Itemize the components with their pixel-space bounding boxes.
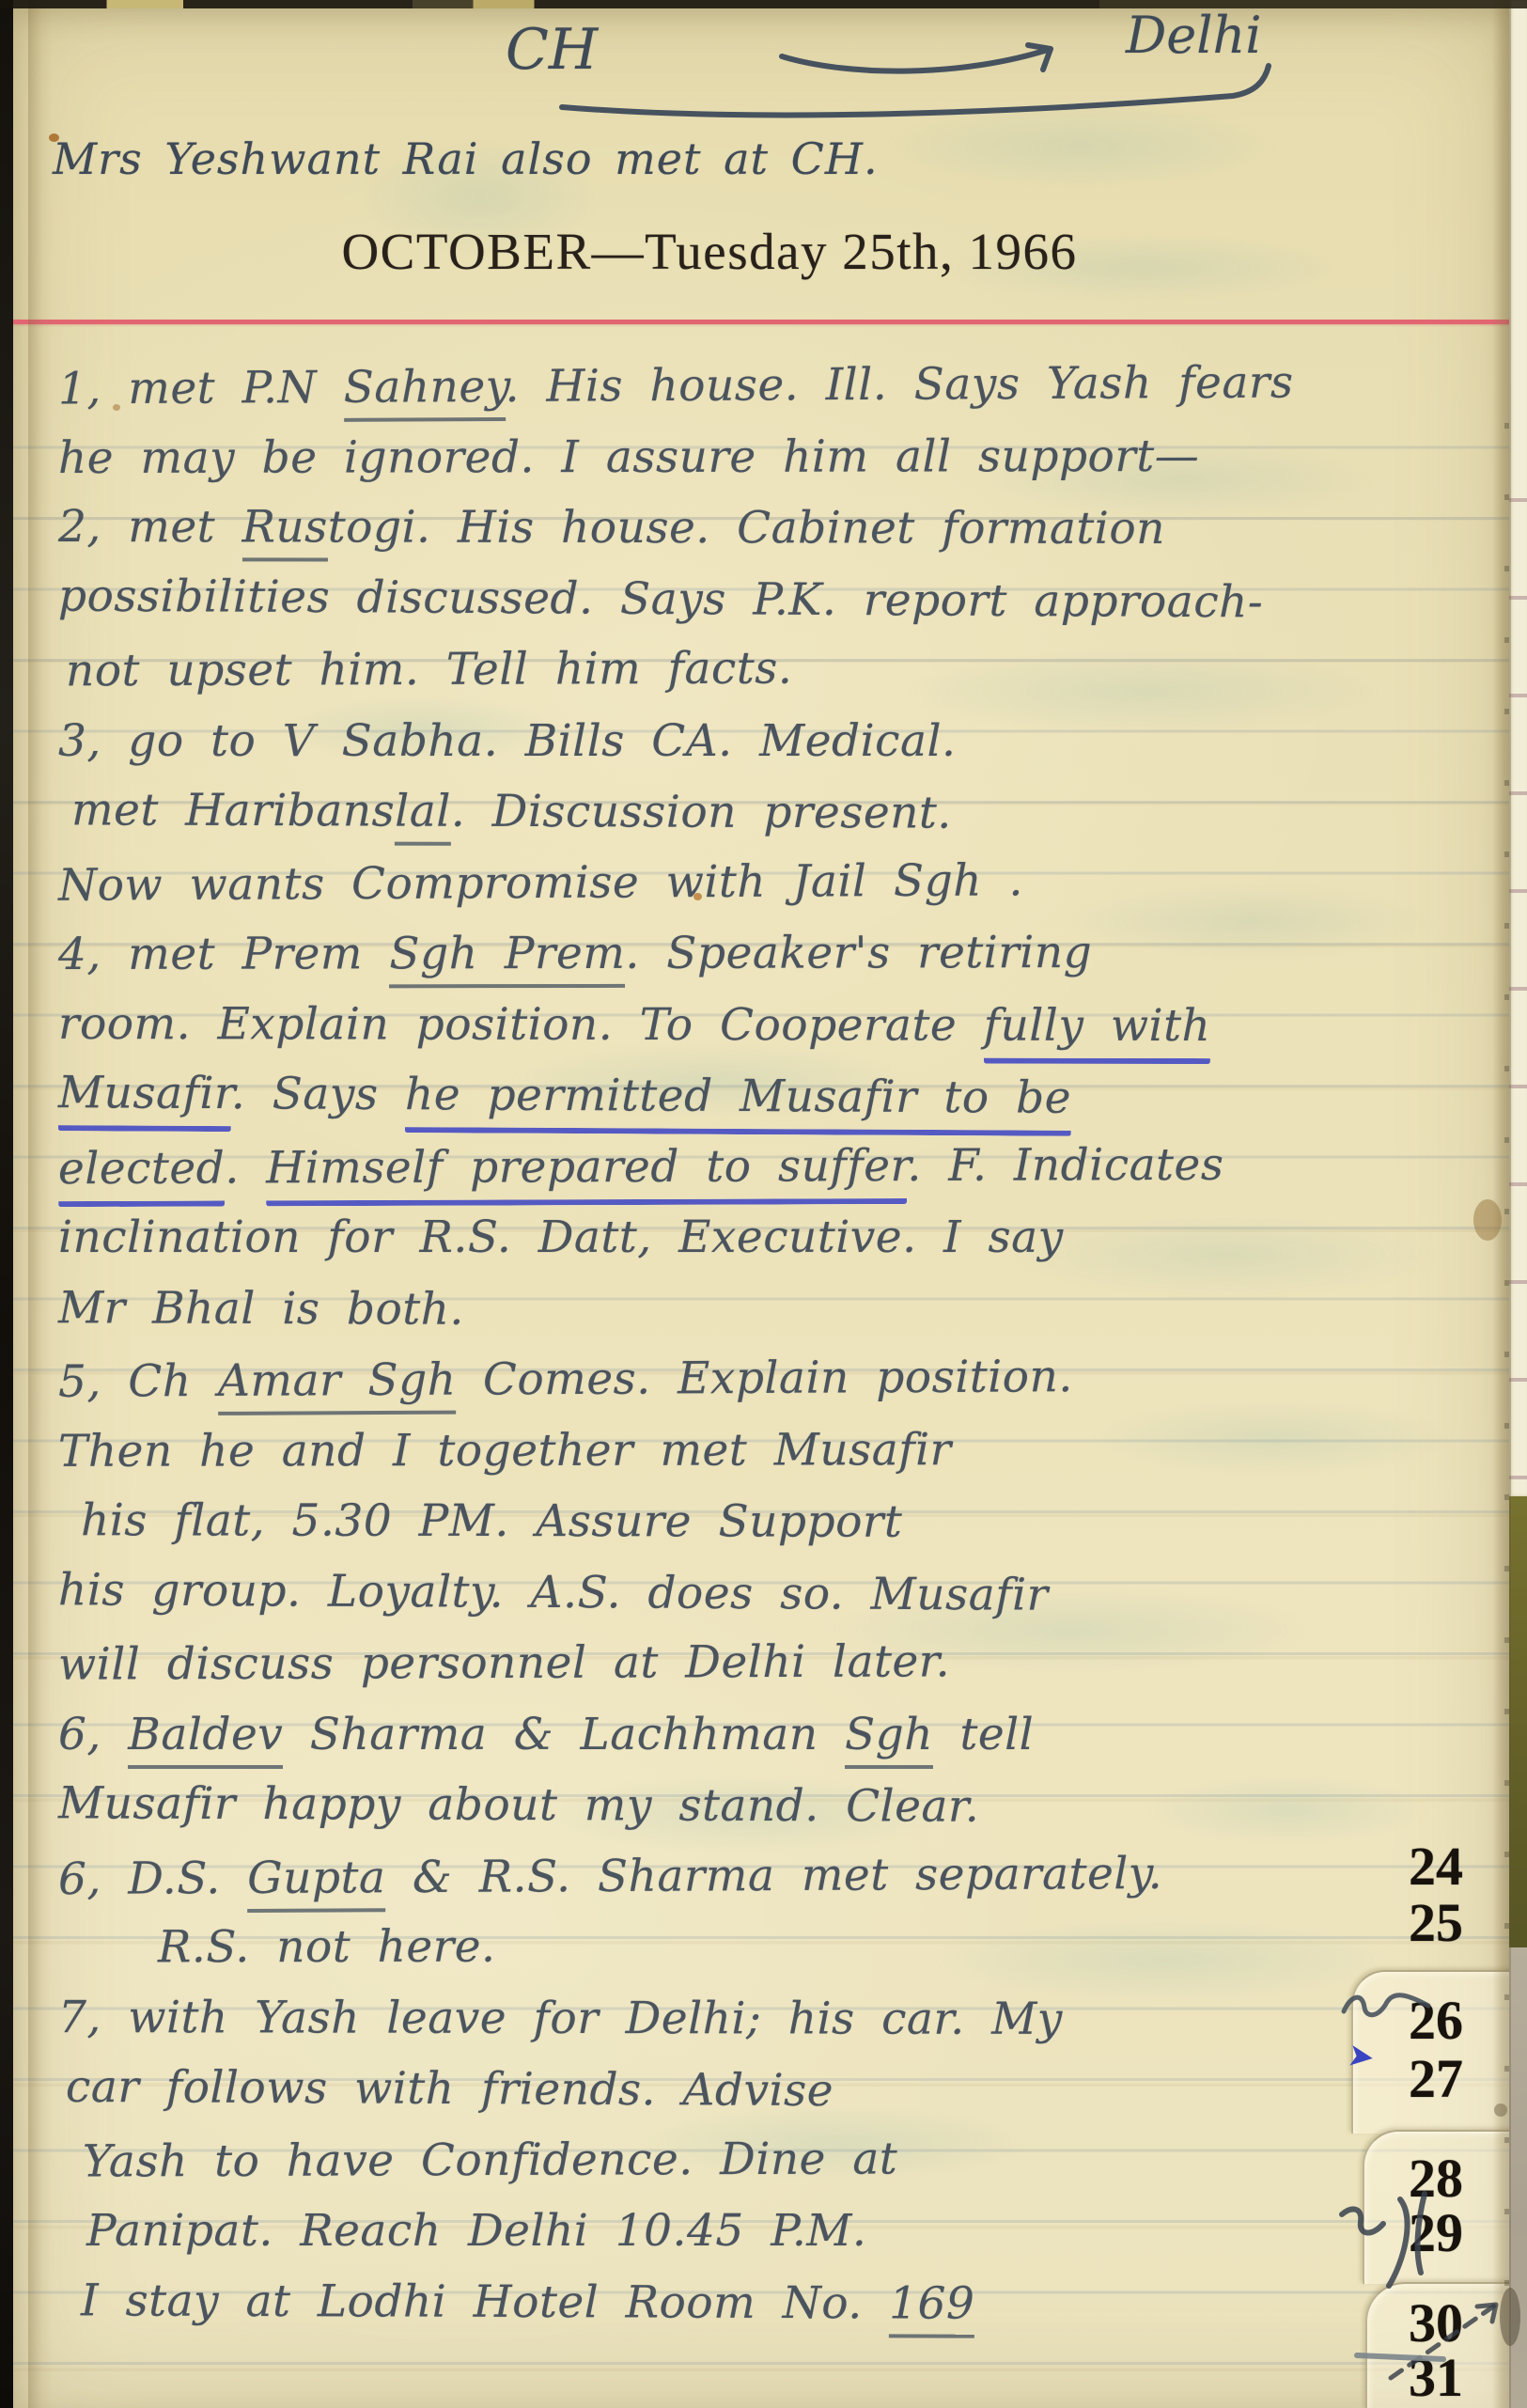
date-tab-30: 30: [1404, 2291, 1468, 2354]
diary-entry-line: 5, Ch Amar Sgh Comes. Explain position.: [58, 1351, 1073, 1408]
entry-text: not upset him. Tell him facts.: [66, 643, 792, 697]
entry-text: inclination for R.S. Datt, Executive. I …: [58, 1212, 1064, 1263]
underlined-word: Gupta: [247, 1852, 386, 1913]
diary-entry-line: R.S. not here.: [158, 1921, 496, 1974]
entry-text: .: [225, 1142, 266, 1194]
entry-text: Yash to have Confidence. Dine at: [83, 2133, 897, 2187]
page-stack-edge: [1509, 1947, 1527, 2408]
diary-entry-line: Panipat. Reach Delhi 10.45 P.M.: [86, 2205, 866, 2257]
entry-text: Comes. Explain position.: [456, 1351, 1073, 1405]
underlined-word: he permitted Musafir to be: [405, 1069, 1071, 1136]
entry-text: R.S. not here.: [158, 1921, 496, 1974]
left-page-crease: [28, 0, 53, 2408]
entry-text: 3, go to V Sabha. Bills CA. Medical.: [58, 715, 956, 767]
underlined-word: lal: [395, 786, 451, 846]
entry-text: 2, met: [58, 501, 242, 553]
diary-entry-line: 6, D.S. Gupta & R.S. Sharma met separate…: [58, 1847, 1162, 1904]
diary-entry-line: Then he and I together met Musafir: [58, 1424, 952, 1478]
entry-text: his group. Loyalty. A.S. does so. Musafi…: [58, 1564, 1049, 1621]
diary-entry-line: 6, Baldev Sharma & Lachhman Sgh tell: [58, 1709, 1034, 1760]
entry-text: . Speaker's retiring: [625, 927, 1092, 979]
entry-text: . His house. Ill. Says Yash fears: [505, 357, 1293, 413]
diary-entry-line: Musafir. Says he permitted Musafir to be: [58, 1067, 1071, 1124]
entry-text: car follows with friends. Advise: [66, 2061, 834, 2117]
diary-entry-line: Mr Bhal is both.: [58, 1282, 464, 1336]
top-book-edge: [0, 0, 1527, 8]
entry-text: Mr Bhal is both.: [58, 1282, 464, 1336]
date-tab-24: 24: [1404, 1835, 1468, 1898]
entry-text: & R.S. Sharma met separately.: [385, 1847, 1162, 1902]
diary-entry-line: 3, go to V Sabha. Bills CA. Medical.: [58, 715, 956, 767]
diary-entry-line: I stay at Lodhi Hotel Room No. 169: [81, 2275, 975, 2329]
entry-text: . Says: [231, 1068, 406, 1120]
underlined-word: fully with: [984, 999, 1211, 1063]
entry-text: Then he and I together met Musafir: [58, 1424, 952, 1478]
underlined-word: Sahney: [343, 361, 505, 422]
entry-text: . Discussion present.: [451, 786, 952, 839]
diary-entry-line: he may be ignored. I assure him all supp…: [58, 430, 1199, 483]
entry-text: 7, with Yash leave for Delhi; his car. M…: [58, 1992, 1063, 2045]
diary-entry-line: met Haribanslal. Discussion present.: [71, 784, 952, 838]
route-to-label: Delhi: [1126, 6, 1262, 65]
entry-text: . F. Indicates: [907, 1138, 1223, 1191]
entry-text: I stay at Lodhi Hotel Room No.: [81, 2275, 889, 2329]
entry-text: will discuss personnel at Delhi later.: [58, 1635, 950, 1690]
diary-entry-line: will discuss personnel at Delhi later.: [58, 1635, 950, 1690]
diary-entry-line: elected. Himself prepared to suffer. F. …: [58, 1138, 1224, 1194]
entry-text: Panipat. Reach Delhi 10.45 P.M.: [86, 2205, 866, 2257]
entry-text: Sharma & Lachhman: [283, 1709, 845, 1760]
underlined-word: Himself prepared to suffer: [266, 1140, 907, 1206]
date-tab-31: 31: [1404, 2346, 1468, 2408]
margin-note: Mrs Yeshwant Rai also met at CH.: [53, 133, 879, 184]
entry-text: met Haribans: [71, 784, 395, 837]
diary-entry-line: inclination for R.S. Datt, Executive. I …: [58, 1212, 1064, 1263]
date-tab-26: 26: [1404, 1989, 1468, 2052]
edge-dots: [1504, 357, 1509, 2331]
route-from-label: CH: [506, 17, 598, 83]
red-rule: [0, 320, 1527, 324]
diary-entry-line: room. Explain position. To Cooperate ful…: [58, 997, 1210, 1051]
diary-entry-line: possibilities discussed. Says P.K. repor…: [58, 570, 1264, 628]
date-tab-28: 28: [1404, 2147, 1468, 2210]
diary-entry-line: 4, met Prem Sgh Prem. Speaker's retiring: [58, 927, 1092, 980]
diary-entry-line: Now wants Compromise with Jail Sgh .: [58, 854, 1023, 911]
entry-text: 6, D.S.: [58, 1853, 247, 1905]
date-tab-25: 25: [1404, 1891, 1468, 1954]
entry-text: he may be ignored. I assure him all supp…: [58, 430, 1199, 483]
date-header: OCTOBER—Tuesday 25th, 1966: [0, 222, 1419, 281]
diary-entry-line: his group. Loyalty. A.S. does so. Musafi…: [58, 1564, 1049, 1621]
underlined-word: Sgh: [845, 1709, 933, 1769]
entry-text: Now wants Compromise with Jail Sgh .: [58, 854, 1023, 911]
diary-entry-line: not upset him. Tell him facts.: [66, 643, 792, 697]
diary-entry-line: 2, met Rustogi. His house. Cabinet forma…: [58, 501, 1165, 555]
next-page-rules: [1509, 404, 1527, 1494]
entry-text: 5, Ch: [58, 1355, 218, 1408]
diary-entry-line: Musafir happy about my stand. Clear.: [58, 1777, 979, 1832]
entry-text: 6,: [58, 1709, 128, 1760]
underlined-word: Sgh Prem: [389, 928, 625, 988]
entry-text: his flat, 5.30 PM. Assure Support: [81, 1494, 902, 1548]
diary-entry-line: his flat, 5.30 PM. Assure Support: [81, 1494, 902, 1548]
date-tab-29: 29: [1404, 2201, 1468, 2264]
underlined-word: Musafir: [58, 1067, 231, 1132]
entry-text: tell: [933, 1709, 1034, 1760]
cover-edge-olive: [1509, 1496, 1527, 1947]
diary-entry-line: car follows with friends. Advise: [66, 2061, 834, 2117]
diary-entry-line: 1, met P.N Sahney. His house. Ill. Says …: [58, 357, 1294, 415]
entry-text: Musafir happy about my stand. Clear.: [58, 1777, 979, 1832]
underlined-word: Baldev: [128, 1709, 283, 1769]
entry-text: togi. His house. Cabinet formation: [328, 501, 1165, 555]
entry-text: possibilities discussed. Says P.K. repor…: [58, 570, 1264, 628]
underlined-word: 169: [889, 2277, 974, 2338]
diary-entry-line: 7, with Yash leave for Delhi; his car. M…: [58, 1992, 1063, 2045]
underlined-word: elected: [58, 1142, 226, 1207]
entry-text: 1, met P.N: [58, 362, 344, 415]
binding-gutter: [0, 0, 13, 2408]
date-tab-27: 27: [1404, 2047, 1468, 2110]
underlined-word: Rus: [242, 501, 327, 561]
entry-text: room. Explain position. To Cooperate: [58, 997, 984, 1051]
underlined-word: Amar Sgh: [218, 1354, 457, 1415]
blue-pen-arrow-mark: ➤: [1345, 2036, 1377, 2077]
entry-text: 4, met Prem: [58, 928, 390, 980]
diary-entry-line: Yash to have Confidence. Dine at: [83, 2133, 897, 2187]
next-page-edge: [1509, 0, 1527, 1496]
